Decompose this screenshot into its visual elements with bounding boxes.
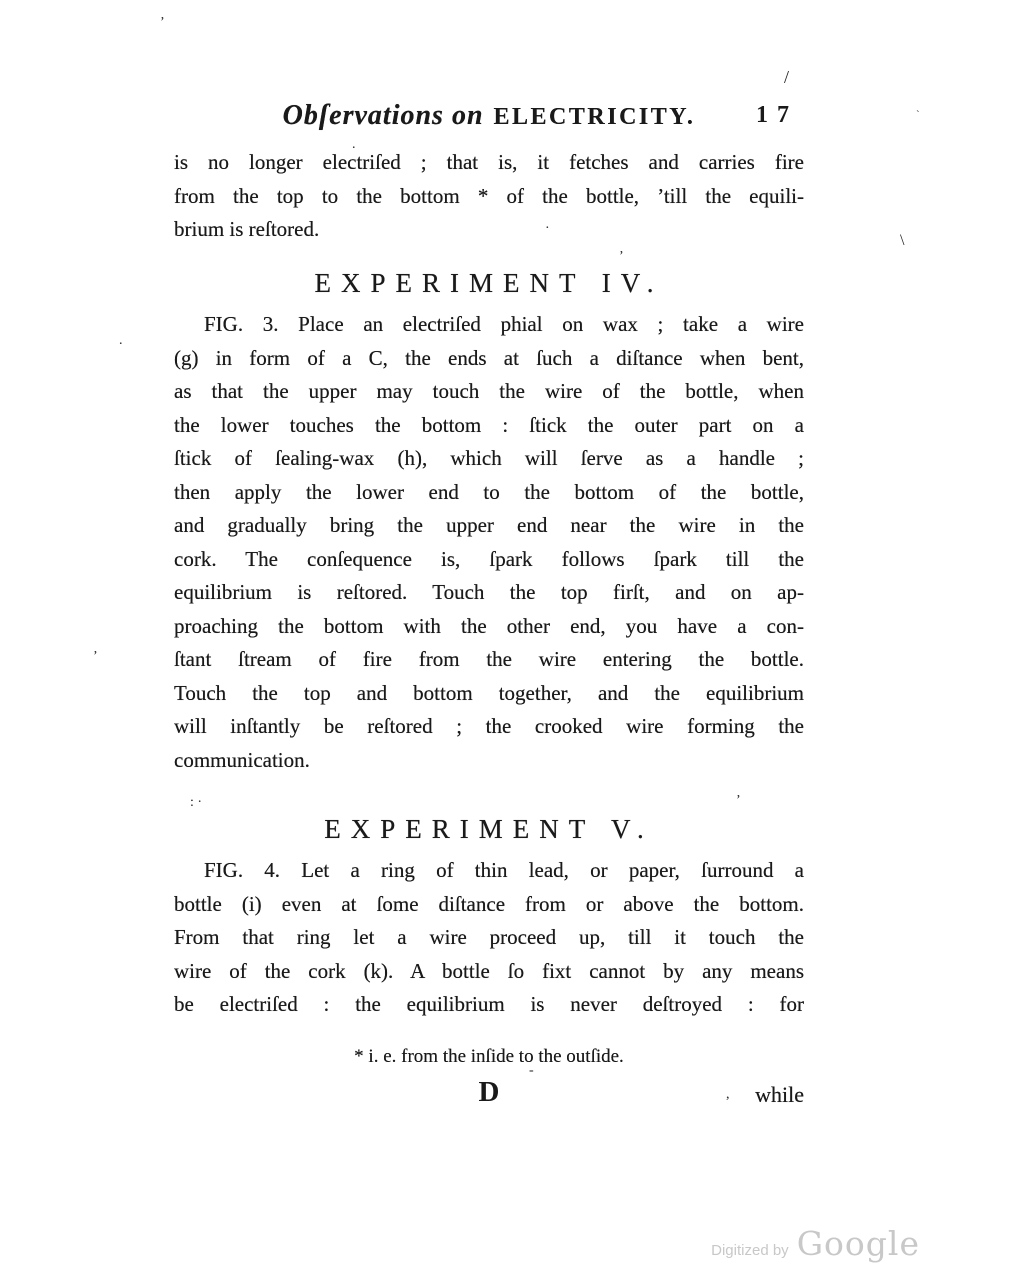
text-line: is no longer electriſed ; that is, it fe…: [174, 146, 804, 180]
text-line: Touch the top and bottom together, and t…: [174, 677, 804, 711]
google-logo: Google: [797, 1224, 920, 1263]
text-line: and gradually bring the upper end near t…: [174, 509, 804, 543]
experiment-4-heading: EXPERIMENT IV.: [174, 266, 804, 300]
ink-speck: : ·: [190, 798, 202, 808]
book-page: Obſervations onELECTRICITY. 17 is no lon…: [0, 0, 1014, 1282]
text-line: proaching the bottom with the other end,…: [174, 610, 804, 644]
text-line: the lower touches the bottom : ſtick the…: [174, 409, 804, 443]
catchword: while: [174, 1080, 804, 1110]
text-line: (g) in form of a C, the ends at ſuch a d…: [174, 342, 804, 376]
text-line: wire of the cork (k). A bottle ſo fixt c…: [174, 955, 804, 989]
page-number: 17: [756, 102, 798, 129]
paragraph-continuation: is no longer electriſed ; that is, it fe…: [174, 146, 804, 247]
text-line: cork. The conſequence is, ſpark follows …: [174, 543, 804, 577]
text-line: from the top to the bottom * of the bott…: [174, 180, 804, 214]
ink-speck: ’: [619, 252, 624, 262]
header-title-caps: ELECTRICITY.: [494, 104, 696, 130]
text-line: be electriſed : the equilibrium is never…: [174, 988, 804, 1022]
text-line: ſtant ſtream of fire from the wire enter…: [174, 643, 804, 677]
text-line: as that the upper may touch the wire of …: [174, 375, 804, 409]
text-line: FIG. 4. Let a ring of thin lead, or pape…: [174, 854, 804, 888]
running-header: Obſervations onELECTRICITY. 17: [174, 100, 804, 140]
text-line: FIG. 3. Place an electriſed phial on wax…: [174, 308, 804, 342]
ink-speck: /: [784, 72, 789, 82]
watermark-prefix: Digitized by: [711, 1242, 789, 1259]
text-line: will inſtantly be reſtored ; the crooked…: [174, 710, 804, 744]
experiment-4-paragraph: FIG. 3. Place an electriſed phial on wax…: [174, 308, 804, 777]
ink-speck: ’: [160, 18, 165, 28]
header-title-italic: Obſervations on: [283, 100, 484, 131]
ink-speck: ’: [93, 652, 98, 662]
text-line: From that ring let a wire proceed up, ti…: [174, 921, 804, 955]
digitized-by-google-watermark: Digitized by Google: [711, 1224, 920, 1263]
text-line: then apply the lower end to the bottom o…: [174, 476, 804, 510]
footnote: * i. e. from the inſide to the outſide.: [174, 1044, 804, 1070]
ink-speck: ’: [736, 796, 741, 806]
ink-speck: \: [900, 236, 904, 246]
ink-speck: `: [916, 110, 920, 120]
text-line: bottle (i) even at ſome diſtance from or…: [174, 888, 804, 922]
text-line: equilibrium is reſtored. Touch the top f…: [174, 576, 804, 610]
page-title: Obſervations onELECTRICITY.: [174, 100, 804, 132]
text-line: communication.: [174, 744, 804, 778]
experiment-5-heading: EXPERIMENT V.: [174, 812, 804, 846]
experiment-5-paragraph: FIG. 4. Let a ring of thin lead, or pape…: [174, 854, 804, 1022]
text-line: ſtick of ſealing-wax (h), which will ſer…: [174, 442, 804, 476]
text-line: brium is reſtored.: [174, 213, 804, 247]
ink-speck: .: [119, 336, 123, 346]
